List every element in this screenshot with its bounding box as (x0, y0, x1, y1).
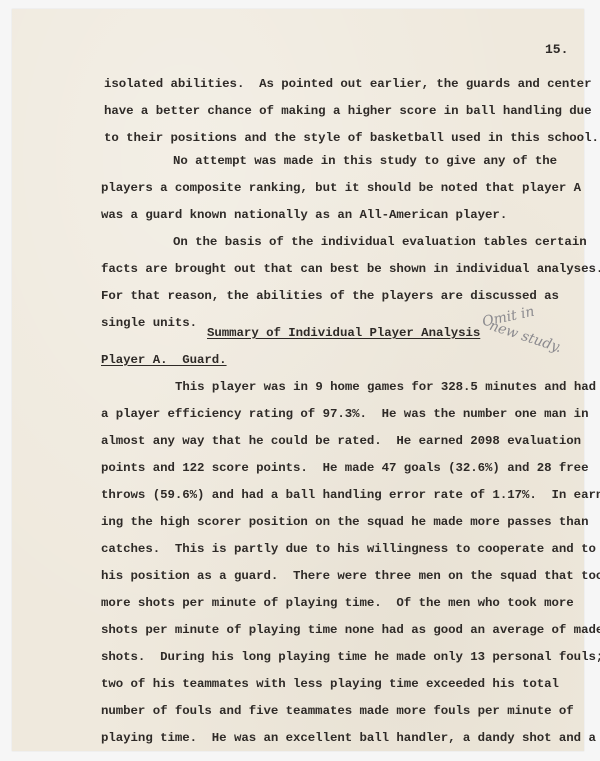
text-line: playing time. He was an excellent ball h… (101, 732, 596, 744)
text-line: more shots per minute of playing time. O… (101, 597, 574, 609)
text-line: almost any way that he could be rated. H… (101, 435, 581, 447)
text-line: shots per minute of playing time none ha… (101, 624, 600, 636)
handwritten-note-line-2: new study. (487, 318, 563, 356)
text-line: facts are brought out that can best be s… (101, 263, 600, 275)
text-line: isolated abilities. As pointed out earli… (104, 78, 591, 90)
text-line: two of his teammates with less playing t… (101, 678, 559, 690)
text-line: shots. During his long playing time he m… (101, 651, 600, 663)
page-number: 15. (545, 42, 568, 57)
player-subheading: Player A. Guard. (101, 354, 227, 366)
text-line: catches. This is partly due to his willi… (101, 543, 596, 555)
document-page: 15. isolated abilities. As pointed out e… (12, 9, 584, 751)
text-line: ing the high scorer position on the squa… (101, 516, 588, 528)
text-line: a player efficiency rating of 97.3%. He … (101, 408, 588, 420)
text-line: For that reason, the abilities of the pl… (101, 290, 559, 302)
text-line: On the basis of the individual evaluatio… (173, 236, 587, 248)
text-line: points and 122 score points. He made 47 … (101, 462, 588, 474)
text-line: to their positions and the style of bask… (104, 132, 599, 144)
text-line: This player was in 9 home games for 328.… (175, 381, 596, 393)
text-line: his position as a guard. There were thre… (101, 570, 600, 582)
text-line: players a composite ranking, but it shou… (101, 182, 581, 194)
text-line: number of fouls and five teammates made … (101, 705, 574, 717)
text-line: have a better chance of making a higher … (104, 105, 591, 117)
text-line: throws (59.6%) and had a ball handling e… (101, 489, 600, 501)
text-line: single units. (101, 317, 197, 329)
text-line: was a guard known nationally as an All-A… (101, 209, 507, 221)
text-line: No attempt was made in this study to giv… (173, 155, 557, 167)
section-heading: Summary of Individual Player Analysis (207, 327, 480, 339)
